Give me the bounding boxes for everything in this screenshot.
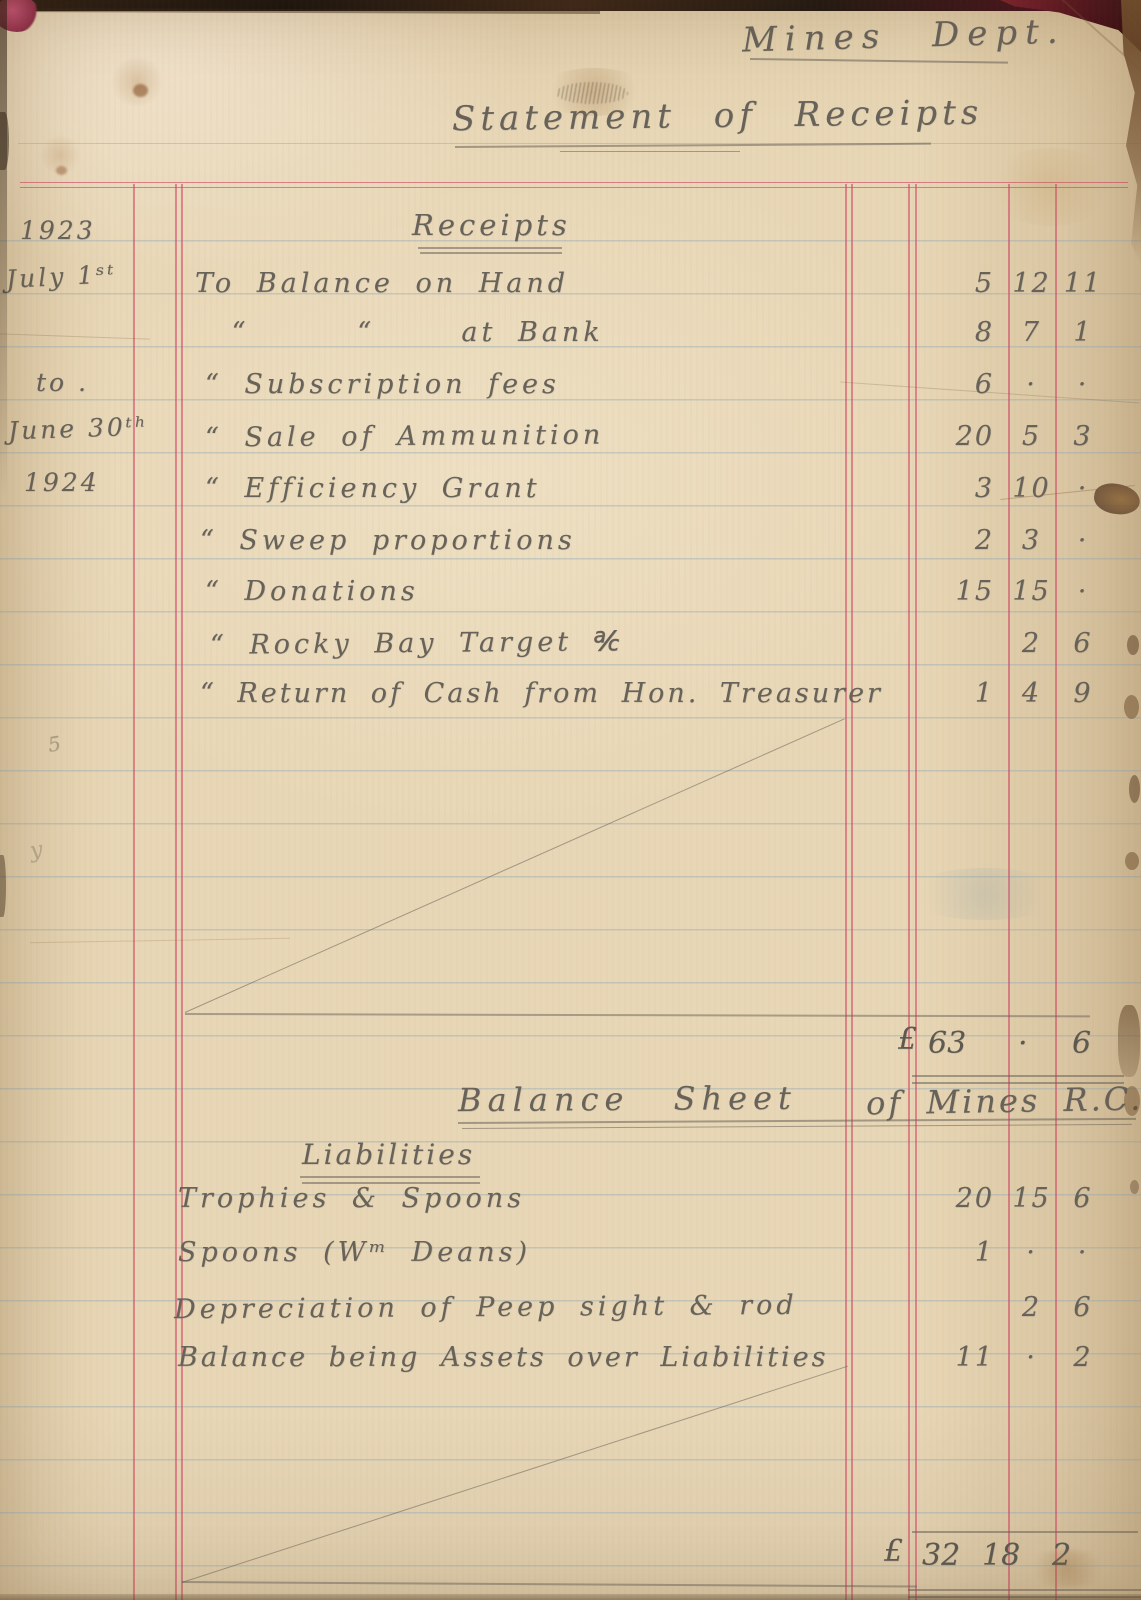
ledger-row: “ Return of Cash from Hon. Treasurer 1 4… <box>0 678 1141 716</box>
double-underline <box>300 1176 480 1178</box>
period-year-start: 1923 <box>20 216 96 245</box>
entry-label: “ Subscription fees <box>205 369 560 400</box>
pence-value: 1 <box>1056 317 1110 348</box>
pence-value: · <box>1056 369 1110 400</box>
entry-label: “ Sweep proportions <box>200 525 576 556</box>
ledger-row: Balance being Assets over Liabilities 11… <box>0 1342 1141 1380</box>
shillings-value: 10 <box>1009 473 1054 504</box>
total-double-rule <box>908 1589 1141 1591</box>
ledger-row: Spoons (Wᵐ Deans) 1 · · <box>0 1237 1141 1275</box>
pence-value: 3 <box>1056 421 1110 452</box>
paper-stain <box>133 84 148 97</box>
double-underline <box>418 247 562 249</box>
ledger-row: Depreciation of Peep sight & rod 2 6 <box>0 1292 1141 1330</box>
entry-label: To Balance on Hand <box>195 268 569 299</box>
pounds-value: 6 <box>852 369 994 400</box>
paper-stain <box>56 166 67 175</box>
total-double-rule <box>908 1596 1141 1598</box>
entry-label: Balance being Assets over Liabilities <box>178 1342 829 1373</box>
ledger-row: “ Rocky Bay Target ℀ 2 6 <box>0 628 1141 666</box>
shillings-value: 5 <box>1009 421 1054 452</box>
pence-value: 6 <box>1056 628 1110 659</box>
shillings-value: 2 <box>1009 1292 1054 1323</box>
entry-label: Spoons (Wᵐ Deans) <box>178 1237 531 1268</box>
shillings-value: 12 <box>1009 268 1054 299</box>
entry-label: “ “ at Bank <box>210 317 604 348</box>
pence-value: 2 <box>1056 1342 1110 1373</box>
ledger-row: Trophies & Spoons 20 15 6 <box>0 1183 1141 1221</box>
pence-value: 6 <box>1072 1026 1091 1061</box>
pounds-value: 11 <box>852 1342 994 1373</box>
balance-sheet-heading: Balance Sheet <box>458 1079 797 1119</box>
entry-label: “ Rocky Bay Target ℀ <box>210 626 624 661</box>
pence-value: · <box>1056 525 1110 556</box>
pounds-value: 1 <box>852 678 994 709</box>
shillings-value: 18 <box>982 1538 1020 1573</box>
pounds-value: 5 <box>852 268 994 299</box>
double-underline <box>420 252 562 254</box>
page-title: Statement of Receipts <box>452 93 984 139</box>
ledger-row: “ Donations 15 15 · <box>0 576 1141 614</box>
pounds-value: 32 <box>922 1538 960 1573</box>
entry-label: “ Donations <box>205 576 419 607</box>
pence-value: 6 <box>1056 1292 1110 1323</box>
shillings-value: · <box>1009 1342 1054 1373</box>
entry-label: Trophies & Spoons <box>178 1183 525 1214</box>
balance-total-row: £ 32 18 2 <box>0 1538 1141 1576</box>
underline <box>750 58 1008 64</box>
ledger-row: “ Efficiency Grant 3 10 · <box>0 473 1141 511</box>
pence-value: 9 <box>1056 678 1110 709</box>
shillings-value: 15 <box>1009 576 1054 607</box>
receipts-heading: Receipts <box>412 208 571 242</box>
ledger-row: “ Subscription fees 6 · · <box>0 369 1141 407</box>
ledger-row: “ Sweep proportions 2 3 · <box>0 525 1141 563</box>
pounds-value: 3 <box>852 473 994 504</box>
entry-label: “ Sale of Ammunition <box>205 420 604 454</box>
page-edge-shadow <box>0 112 9 170</box>
pence-value: 2 <box>1052 1538 1071 1573</box>
binding-edge <box>0 8 600 14</box>
shillings-value: 7 <box>1009 317 1054 348</box>
balance-sheet-heading-suffix: of Mines R.C. <box>866 1080 1141 1123</box>
liabilities-heading: Liabilities <box>302 1138 475 1171</box>
paper-stain <box>108 58 166 106</box>
ledger-row: “ Sale of Ammunition 20 5 3 <box>0 421 1141 459</box>
closing-line <box>912 1531 1138 1533</box>
pence-value: · <box>1056 473 1110 504</box>
header-rule-red <box>20 187 1128 188</box>
entry-label: “ Efficiency Grant <box>205 473 541 504</box>
pounds-value: 1 <box>852 1237 994 1268</box>
shillings-value: 15 <box>1009 1183 1054 1214</box>
shillings-value: 4 <box>1009 678 1054 709</box>
department-label: Mines Dept. <box>742 11 1067 60</box>
currency-symbol: £ <box>898 1022 917 1057</box>
pounds-value: 8 <box>852 317 994 348</box>
shillings-value: 2 <box>1009 628 1054 659</box>
pounds-value: 63 <box>928 1026 966 1061</box>
shillings-value: · <box>1009 369 1054 400</box>
shillings-value: · <box>1009 1237 1054 1268</box>
receipts-total-row: £ 63 · 6 <box>0 1026 1141 1064</box>
pence-value: 11 <box>1056 268 1110 299</box>
shillings-value: · <box>1018 1026 1028 1061</box>
ledger-page: Mines Dept. Statement of Receipts Receip… <box>0 0 1141 1600</box>
underline <box>560 151 740 152</box>
paper-stain <box>38 136 82 174</box>
pounds-value: 20 <box>852 421 994 452</box>
pence-value: · <box>1056 576 1110 607</box>
pounds-value: 20 <box>852 1183 994 1214</box>
entry-label: “ Return of Cash from Hon. Treasurer <box>200 678 883 709</box>
entry-label: Depreciation of Peep sight & rod <box>174 1290 798 1325</box>
shillings-value: 3 <box>1009 525 1054 556</box>
currency-symbol: £ <box>884 1534 903 1569</box>
ledger-row: “ “ at Bank 8 7 1 <box>0 317 1141 355</box>
header-rule-red <box>20 182 1128 183</box>
pounds-value: 15 <box>852 576 994 607</box>
pence-value: 6 <box>1056 1183 1110 1214</box>
binding-edge <box>0 0 1141 11</box>
ledger-row: To Balance on Hand 5 12 11 <box>0 268 1141 306</box>
pounds-value: 2 <box>852 525 994 556</box>
torn-edge <box>1116 0 1141 265</box>
total-double-rule <box>912 1075 1124 1077</box>
pence-value: · <box>1056 1237 1110 1268</box>
cover-cloth-corner <box>0 0 40 32</box>
